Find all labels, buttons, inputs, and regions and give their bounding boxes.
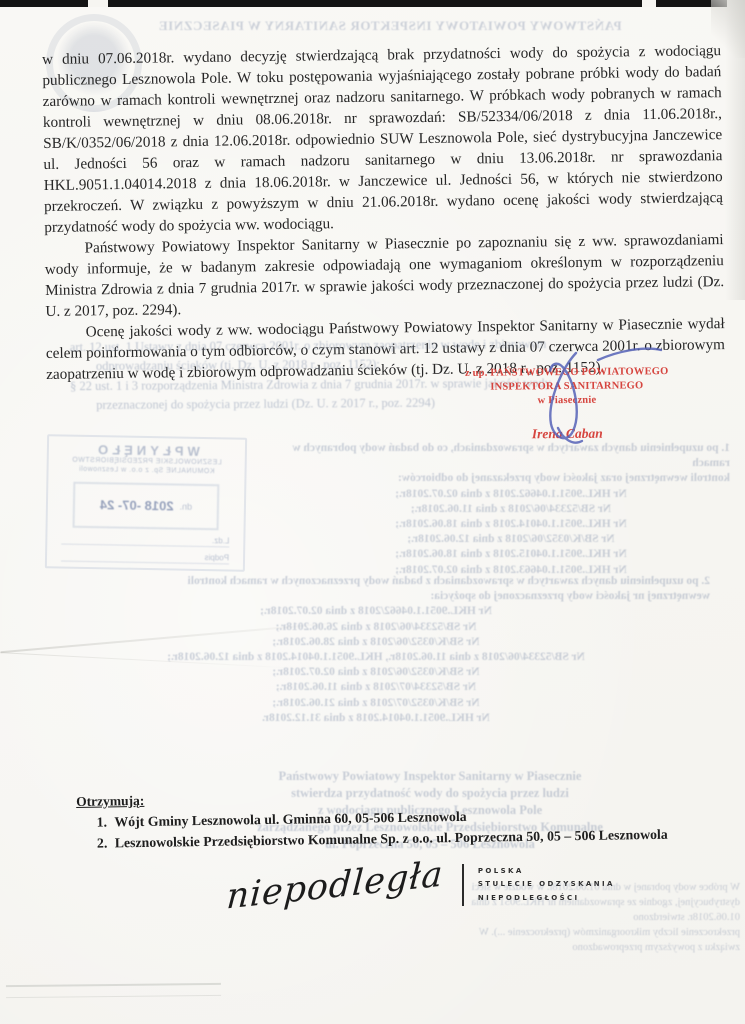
bleedthrough-receipt-stamp: WPŁYNĘŁO LESZNOWOLSKIE PRZEDSIĘBIORSTWOK… xyxy=(45,434,247,571)
scanned-letter-page: PAŃSTWOWY POWIATOWY INSPEKTOR SANITARNY … xyxy=(0,0,745,1024)
bleedthrough-line: Nr HKL.9051.1.04662.2018 z dnia 02.07.20… xyxy=(292,487,730,502)
niepodlegla-script-text: niepodległa xyxy=(225,852,462,917)
recipients-block: Otrzymują: Wójt Gminy Lesznowola ul. Gmi… xyxy=(76,784,707,854)
bleedthrough-line: Nr SB/52334/06/2018 z dnia 11.06.2018r.; xyxy=(292,502,730,517)
bleedthrough-letterhead-text: PAŃSTWOWY POWIATOWY INSPEKTOR SANITARNY … xyxy=(80,18,700,34)
bleedthrough-line: Nr SB/K/0352/07/2018 z dnia 21.06.2018r.… xyxy=(42,696,710,711)
bleedthrough-line: W próbce wody pobranej w dniu 01.06.2018… xyxy=(462,880,740,895)
bleedthrough-line: Nr SB/K/0352/06/2018 z dnia 12.06.2018r.… xyxy=(292,532,730,547)
letter-paragraph: Państwowy Powiatowy Inspektor Sanitarny … xyxy=(44,230,724,323)
receipt-date: 2018 -07- 24 xyxy=(100,497,174,513)
date-prefix: dn. xyxy=(179,501,192,511)
bleedthrough-line: kontroli wewnętrznej oraz jakości wody p… xyxy=(292,471,730,486)
letter-paragraph: w dniu 07.06.2018r. wydano decyzję stwie… xyxy=(42,41,723,239)
bleedthrough-line: Nr HKL.9051.1.04015.2018 z dnia 18.06.20… xyxy=(292,547,730,562)
bleedthrough-line: Nr SB/52334/06/2018 z dnia 11.06.2018r.,… xyxy=(42,650,710,665)
bleedthrough-line: Nr HKL.9051.1.04014.2018 z dnia 31.12.20… xyxy=(42,711,710,726)
bleedthrough-line: Nr SB/K/0352/06/2018 z dnia 02.07.2018r.… xyxy=(42,665,710,680)
bleedthrough-line: 1. po uzupełnieniu danych zawartych w sp… xyxy=(292,441,730,471)
bleedthrough-bottom-right: W próbce wody pobranej w dniu 01.06.2018… xyxy=(462,880,740,955)
receipt-stamp-org: LESZNOWOLSKIE PRZEDSIĘBIORSTWOKOMUNALNE … xyxy=(48,456,244,477)
bleedthrough-line: Nr SB/52334/06/2018 z dnia 26.06.2018r.; xyxy=(42,620,710,635)
bleedthrough-line: Nr SB/52334/07/2018 z dnia 11.06.2018r.; xyxy=(42,680,710,695)
bleedthrough-line: 2. po uzupełnieniu danych zawartych w sp… xyxy=(42,574,710,589)
signature-scribble-icon xyxy=(528,340,668,452)
receipt-ldz-row: L.dz. xyxy=(61,533,229,547)
scan-top-border xyxy=(0,0,727,7)
page-right-fold-shadow xyxy=(725,0,745,300)
bleedthrough-line: Nr HKL.9051.1.04014.2018 z dnia 18.06.20… xyxy=(292,517,730,532)
logo-caption-line: POLSKA xyxy=(478,865,615,879)
bleedthrough-line: Nr SB/K/0352/06/2018 z dnia 28.06.2018r.… xyxy=(42,635,710,650)
receipt-signature-row: Podpis xyxy=(61,550,229,564)
bleedthrough-report-list-1: 1. po uzupełnieniu danych zawartych w sp… xyxy=(292,441,730,578)
receipt-stamp-date-box: dn. 2018 -07- 24 xyxy=(73,481,220,530)
bleedthrough-line: dystrybucyjnej, zgodnie ze sprawozdaniem… xyxy=(462,895,740,925)
bleedthrough-line: wewnętrznej nr jakości wody przeznaczone… xyxy=(42,589,710,604)
bleedthrough-line: Państwowy Powiatowy Inspektor Sanitarny … xyxy=(160,768,700,785)
bleedthrough-report-list-2: 2. po uzupełnieniu danych zawartych w sp… xyxy=(42,574,710,726)
bleedthrough-line: Nr HKL.9051.1.04662/2018 z dnia 02.07.20… xyxy=(42,604,710,619)
scan-smudge xyxy=(6,983,221,998)
bleedthrough-line: przekroczenie liczby mikroorganizmów (pr… xyxy=(462,925,740,955)
